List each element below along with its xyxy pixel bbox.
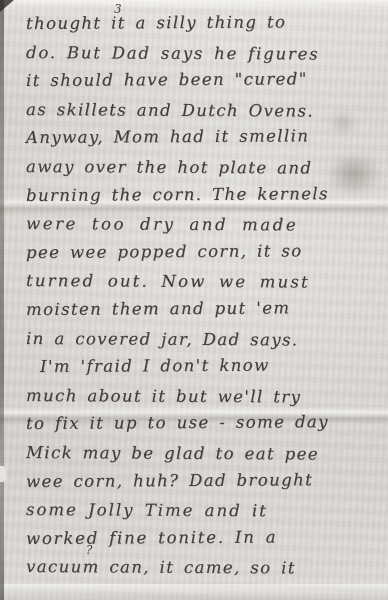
- ink-smudge: [326, 152, 382, 196]
- handwritten-line: moisten them and put 'em: [26, 294, 378, 325]
- handwritten-line: burning the corn. The kernels: [26, 179, 378, 210]
- ink-smudge: [330, 112, 356, 134]
- handwritten-line: wee corn, huh? Dad brought: [26, 465, 378, 496]
- spelling-question-mark: ?: [86, 543, 92, 557]
- scan-corner-top-left: [0, 0, 14, 12]
- handwritten-line: some Jolly Time and it: [26, 496, 378, 526]
- handwritten-line: thought it a silly thing to: [26, 8, 378, 39]
- bottom-edge-band: [0, 584, 388, 600]
- handwritten-line: I'm 'fraid I don't know: [40, 351, 378, 382]
- handwritten-line: it should have been "cured": [26, 65, 378, 96]
- handwritten-line: worked fine tonite. In a: [26, 523, 378, 554]
- handwritten-line: Anyway, Mom had it smellin: [26, 122, 378, 153]
- handwritten-line: away over the hot plate and: [26, 153, 378, 183]
- handwritten-text-block: thought it a silly thing to do. But Dad …: [26, 10, 378, 582]
- superscript-note: 3: [114, 2, 122, 16]
- handwritten-line: to fix it up to use - some day: [26, 408, 378, 439]
- handwritten-line: Mick may be glad to eat pee: [26, 439, 378, 469]
- handwritten-line: pee wee popped corn, it so: [26, 237, 378, 268]
- scan-edge-notch: [0, 466, 6, 482]
- handwritten-line: were too dry and made: [26, 210, 378, 240]
- handwritten-line: vacuum can, it came, so it: [26, 553, 378, 583]
- scan-edge-left: [0, 0, 4, 600]
- letter-page: thought it a silly thing to do. But Dad …: [0, 0, 388, 600]
